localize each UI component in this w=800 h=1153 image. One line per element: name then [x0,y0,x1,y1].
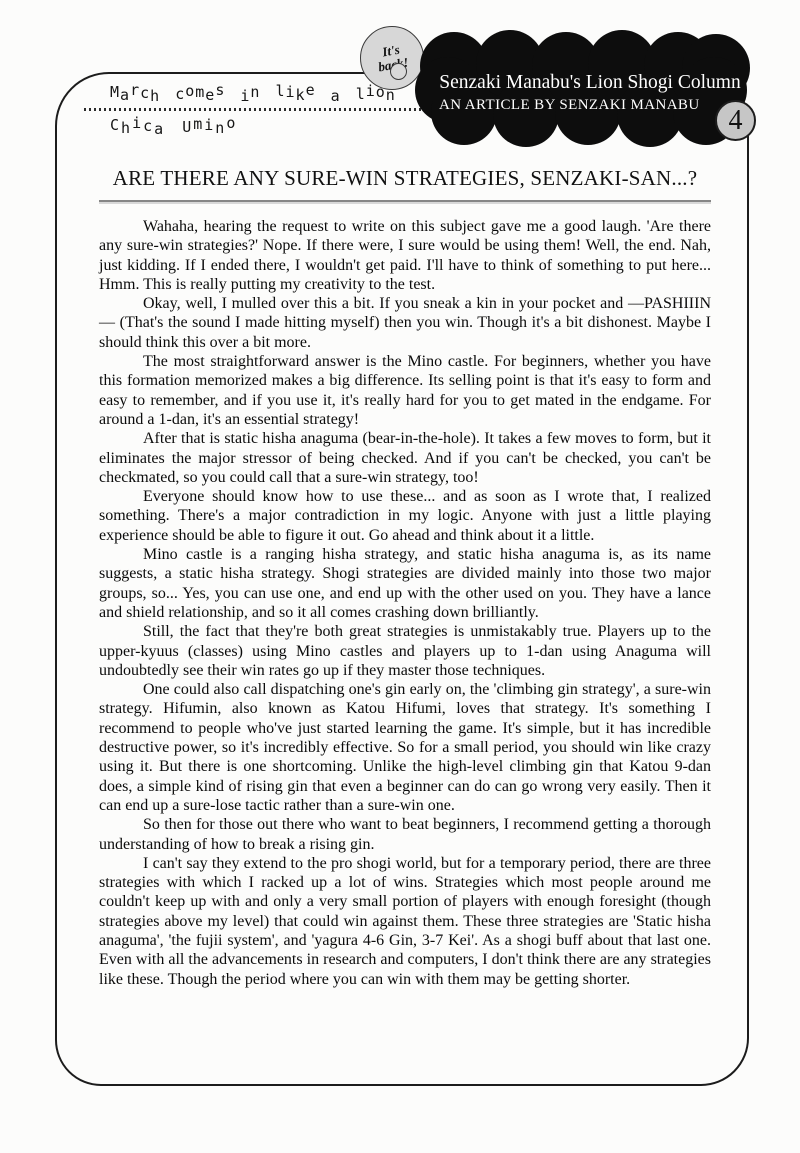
paragraph-2: Okay, well, I mulled over this a bit. If… [99,294,711,352]
paragraph-4: After that is static hisha anaguma (bear… [99,429,711,487]
heading-rule [99,200,711,202]
author-name: Chica Umino [110,116,237,134]
paragraph-6: Mino castle is a ranging hisha strategy,… [99,545,711,622]
banner-title: Senzaki Manabu's Lion Shogi Column [436,72,744,94]
column-number-badge: 4 [715,100,756,141]
paragraph-7: Still, the fact that they're both great … [99,622,711,680]
paragraph-8: One could also call dispatching one's gi… [99,680,711,815]
article-heading: ARE THERE ANY SURE-WIN STRATEGIES, SENZA… [99,166,711,191]
paragraph-10: I can't say they extend to the pro shogi… [99,854,711,989]
paragraph-1: Wahaha, hearing the request to write on … [99,217,711,294]
column-banner: Senzaki Manabu's Lion Shogi Column AN AR… [412,24,750,154]
paragraph-9: So then for those out there who want to … [99,815,711,854]
banner-subtitle: AN ARTICLE BY SENZAKI MANABU [439,97,700,114]
article-content: ARE THERE ANY SURE-WIN STRATEGIES, SENZA… [99,166,711,989]
bubble-tail-circle [390,63,407,80]
column-number: 4 [729,105,743,137]
paragraph-3: The most straightforward answer is the M… [99,352,711,429]
manga-column-page: March comes in like a lion Chica Umino I… [0,0,800,1153]
series-title: March comes in like a lion [110,83,396,101]
paragraph-5: Everyone should know how to use these...… [99,487,711,545]
